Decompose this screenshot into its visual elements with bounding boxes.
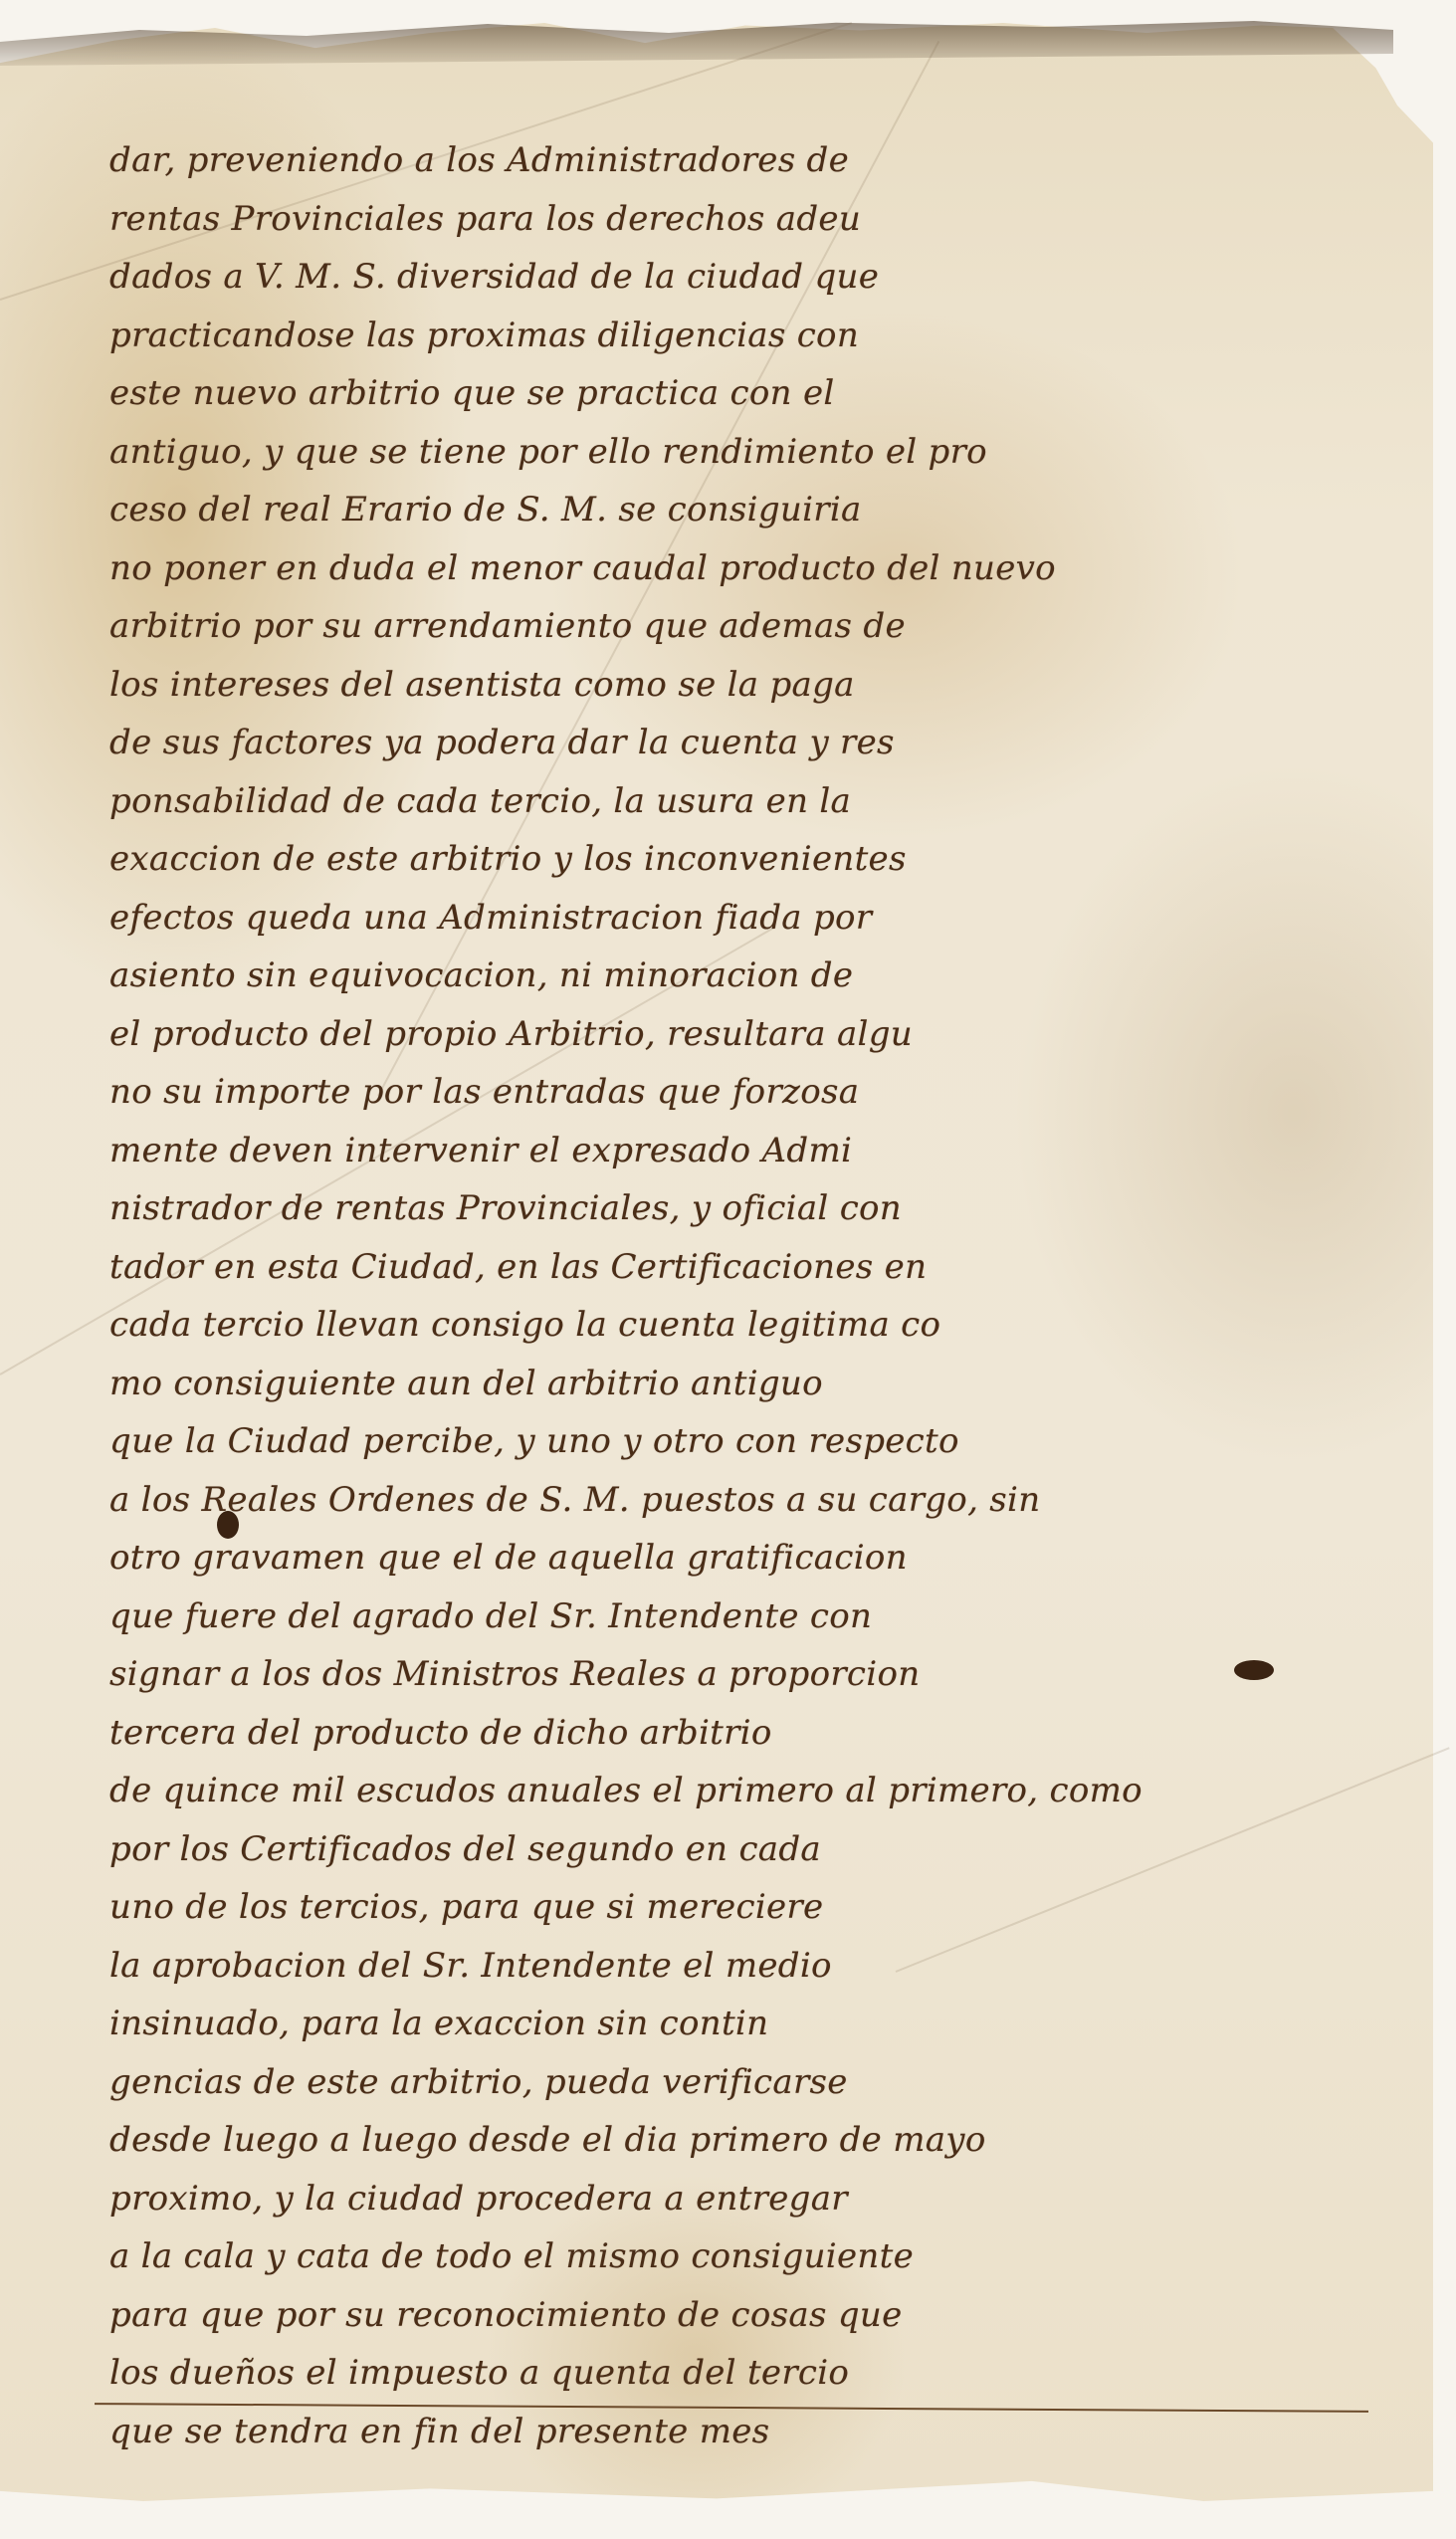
text-line: efectos queda una Administracion fiada p… [109, 889, 1344, 948]
text-line: proximo, y la ciudad procedera a entrega… [109, 2170, 1344, 2228]
text-line: asiento sin equivocacion, ni minoracion … [109, 947, 1344, 1005]
text-line: uno de los tercios, para que si merecier… [109, 1878, 1344, 1937]
text-line: no su importe por las entradas que forzo… [109, 1063, 1344, 1122]
text-line: el producto del propio Arbitrio, resulta… [109, 1005, 1344, 1064]
text-line: dar, preveniendo a los Administradores d… [109, 131, 1344, 190]
ink-blot [217, 1511, 239, 1539]
text-line: que la Ciudad percibe, y uno y otro con … [109, 1412, 1344, 1471]
text-line: insinuado, para la exaccion sin contin [109, 1995, 1344, 2053]
text-line: cada tercio llevan consigo la cuenta leg… [109, 1296, 1344, 1355]
text-line: tercera del producto de dicho arbitrio [109, 1704, 1344, 1763]
text-line: mente deven intervenir el expresado Admi [109, 1122, 1344, 1180]
text-line: para que por su reconocimiento de cosas … [109, 2286, 1344, 2345]
text-line: la aprobacion del Sr. Intendente el medi… [109, 1937, 1344, 1996]
text-line: ponsabilidad de cada tercio, la usura en… [109, 772, 1344, 831]
text-line: nistrador de rentas Provinciales, y ofic… [109, 1179, 1344, 1238]
text-line: a la cala y cata de todo el mismo consig… [109, 2227, 1344, 2286]
text-line: otro gravamen que el de aquella gratific… [109, 1529, 1344, 1587]
manuscript-text: dar, preveniendo a los Administradores d… [109, 131, 1344, 2460]
text-line: arbitrio por su arrendamiento que ademas… [109, 597, 1344, 656]
text-line: a los Reales Ordenes de S. M. puestos a … [109, 1471, 1344, 1530]
text-line: ceso del real Erario de S. M. se consigu… [109, 481, 1344, 539]
text-line: este nuevo arbitrio que se practica con … [109, 364, 1344, 423]
text-line: antiguo, y que se tiene por ello rendimi… [109, 423, 1344, 482]
text-line: de sus factores ya podera dar la cuenta … [109, 714, 1344, 772]
text-line: no poner en duda el menor caudal product… [109, 539, 1344, 598]
text-line: practicandose las proximas diligencias c… [109, 307, 1344, 365]
text-line: exaccion de este arbitrio y los inconven… [109, 830, 1344, 889]
text-line: desde luego a luego desde el dia primero… [109, 2111, 1344, 2170]
text-line: que fuere del agrado del Sr. Intendente … [109, 1587, 1344, 1646]
text-line: los dueños el impuesto a quenta del terc… [109, 2344, 1344, 2403]
text-line: mo consiguiente aun del arbitrio antiguo [109, 1355, 1344, 1413]
text-line: tador en esta Ciudad, en las Certificaci… [109, 1238, 1344, 1297]
text-line: los intereses del asentista como se la p… [109, 656, 1344, 715]
text-line: por los Certificados del segundo en cada [109, 1820, 1344, 1879]
text-line: signar a los dos Ministros Reales a prop… [109, 1645, 1344, 1704]
text-line: de quince mil escudos anuales el primero… [109, 1762, 1344, 1820]
ink-blot [1234, 1660, 1274, 1680]
text-line: gencias de este arbitrio, pueda verifica… [109, 2053, 1344, 2112]
text-line: rentas Provinciales para los derechos ad… [109, 190, 1344, 249]
text-line: dados a V. M. S. diversidad de la ciudad… [109, 248, 1344, 307]
